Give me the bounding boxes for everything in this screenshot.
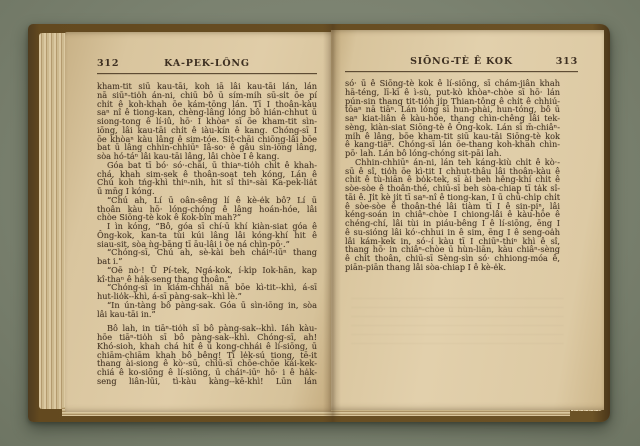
text-line: seng liân-lūi, tì-kàu kàng--kē-khì! Lūn …: [97, 377, 317, 386]
left-page-header: 312 KA-PEK-LÔNG: [97, 58, 317, 69]
text-line: “Chóng-sī, Chú ah, sè-kài beh cháiⁿ-iūⁿ …: [97, 248, 317, 257]
right-page-text: só· ū ê Siōng-tè kok ê lí-siōng, sī chám…: [345, 79, 560, 272]
page-edges-left: [39, 33, 66, 409]
text-line: piān-piān thang lâi sòa-chiap I ê kè-e̍k…: [345, 263, 560, 272]
running-title: SIŌNG-TÈ Ê KOK: [379, 56, 544, 67]
page-number: 312: [97, 58, 131, 69]
photo-background: { "scene": { "background_color": "#7b827…: [0, 0, 640, 446]
left-page: 312 KA-PEK-LÔNG kham-tit siū kau-tāi, ko…: [65, 32, 331, 412]
page-number: 313: [544, 56, 578, 67]
show-through-text: [351, 292, 564, 344]
header-rule: [97, 73, 317, 74]
right-page-header: SIŌNG-TÈ Ê KOK 313: [345, 56, 578, 67]
open-book: 312 KA-PEK-LÔNG kham-tit siū kau-tāi, ko…: [28, 24, 610, 422]
running-title: KA-PEK-LÔNG: [131, 58, 283, 69]
left-page-text: kham-tit siū kau-tāi, koh iā lâi kau-tāi…: [97, 82, 317, 386]
header-rule: [345, 71, 578, 72]
right-page: SIŌNG-TÈ Ê KOK 313 só· ū ê Siōng-tè kok …: [331, 30, 604, 410]
text-line: lâi kau-tāi in.”: [97, 310, 317, 319]
